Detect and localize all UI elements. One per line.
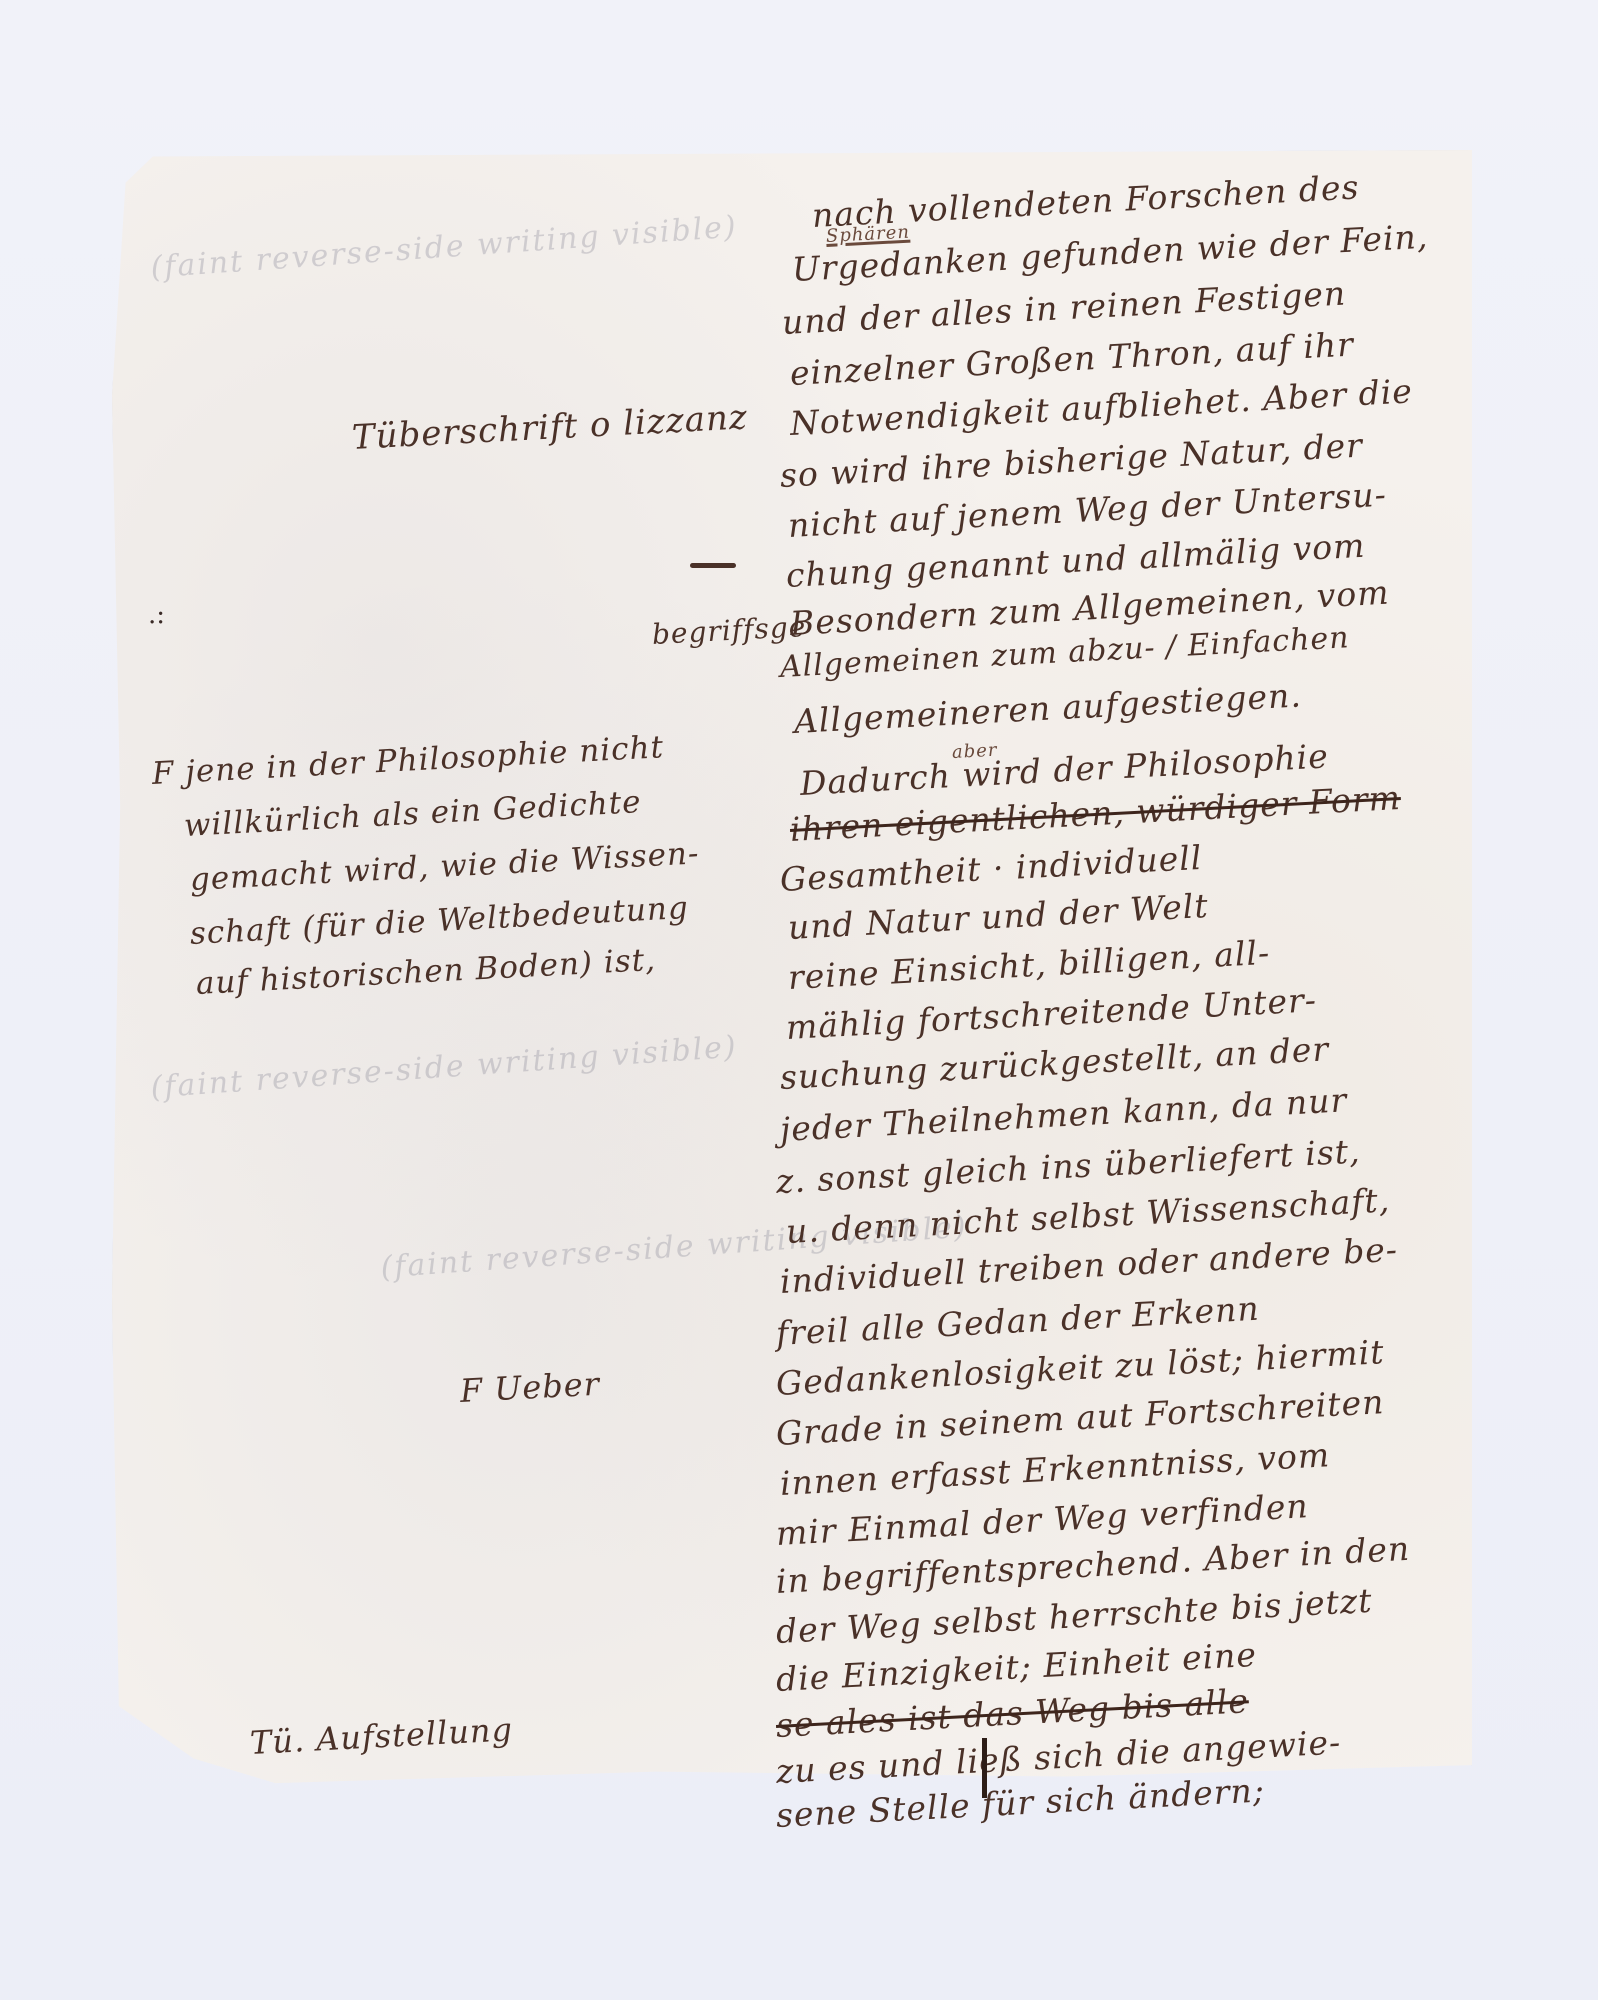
ink-dots: .: <box>148 600 165 630</box>
dash-mark <box>690 563 736 568</box>
text-insertion: Sphären <box>825 222 910 247</box>
insertion-bracket-mark <box>982 1738 987 1798</box>
margin-note-ueber: F Ueber <box>459 1365 601 1410</box>
